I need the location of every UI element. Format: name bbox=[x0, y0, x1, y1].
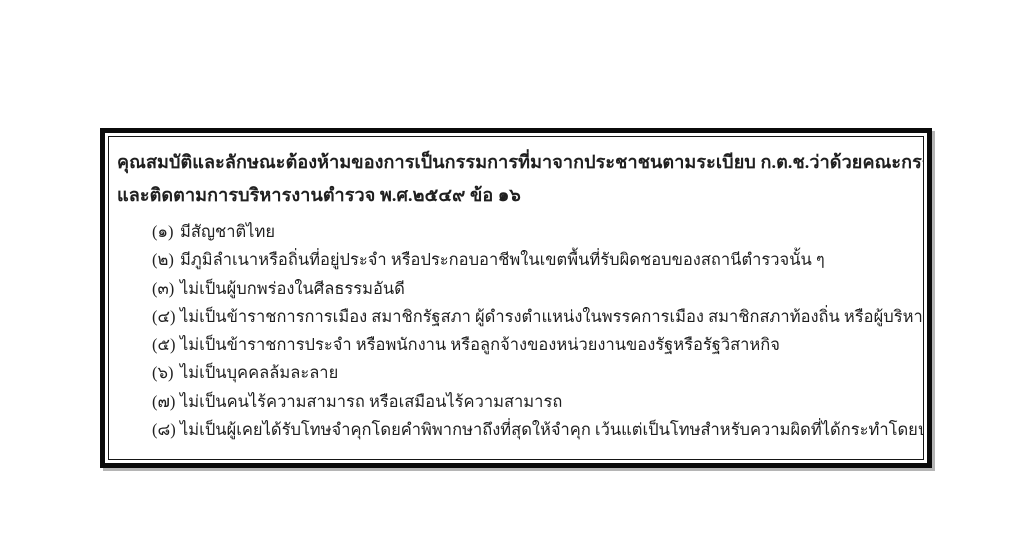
item-number: (๗) bbox=[152, 388, 180, 416]
content-box-border: คุณสมบัติและลักษณะต้องห้ามของการเป็นกรรม… bbox=[100, 128, 932, 468]
document-page: คุณสมบัติและลักษณะต้องห้ามของการเป็นกรรม… bbox=[0, 0, 1024, 550]
list-item: (๖) ไม่เป็นบุคคลล้มละลาย bbox=[117, 359, 915, 387]
content-box: คุณสมบัติและลักษณะต้องห้ามของการเป็นกรรม… bbox=[108, 136, 924, 460]
list-item: (๕) ไม่เป็นข้าราชการประจำ หรือพนักงาน หร… bbox=[117, 331, 915, 359]
list-item: (๒) มีภูมิลำเนาหรือถิ่นที่อยู่ประจำ หรือ… bbox=[117, 246, 915, 274]
item-text: ไม่เป็นผู้บกพร่องในศีลธรรมอันดี bbox=[180, 275, 405, 303]
item-text: ไม่เป็นผู้เคยได้รับโทษจำคุกโดยคำพิพากษาถ… bbox=[180, 416, 924, 444]
item-number: (๔) bbox=[152, 303, 180, 331]
item-text: ไม่เป็นบุคคลล้มละลาย bbox=[180, 359, 338, 387]
heading-line-2: และติดตามการบริหารงานตำรวจ พ.ศ.๒๕๔๙ ข้อ … bbox=[117, 179, 915, 212]
heading-line-1: คุณสมบัติและลักษณะต้องห้ามของการเป็นกรรม… bbox=[117, 146, 915, 179]
item-text: ไม่เป็นข้าราชการการเมือง สมาชิกรัฐสภา ผู… bbox=[180, 303, 924, 331]
item-number: (๘) bbox=[152, 416, 180, 444]
list-item: (๘) ไม่เป็นผู้เคยได้รับโทษจำคุกโดยคำพิพา… bbox=[117, 416, 915, 444]
item-text: ไม่เป็นคนไร้ความสามารถ หรือเสมือนไร้ความ… bbox=[180, 388, 562, 416]
item-text: มีภูมิลำเนาหรือถิ่นที่อยู่ประจำ หรือประก… bbox=[180, 246, 825, 274]
item-number: (๒) bbox=[152, 246, 180, 274]
list-item: (๓) ไม่เป็นผู้บกพร่องในศีลธรรมอันดี bbox=[117, 275, 915, 303]
item-number: (๖) bbox=[152, 359, 180, 387]
list-item: (๔) ไม่เป็นข้าราชการการเมือง สมาชิกรัฐสภ… bbox=[117, 303, 915, 331]
list-item: (๑) มีสัญชาติไทย bbox=[117, 218, 915, 246]
item-number: (๕) bbox=[152, 331, 180, 359]
item-number: (๑) bbox=[152, 218, 180, 246]
item-number: (๓) bbox=[152, 275, 180, 303]
item-text: ไม่เป็นข้าราชการประจำ หรือพนักงาน หรือลู… bbox=[180, 331, 780, 359]
qualification-list: (๑) มีสัญชาติไทย (๒) มีภูมิลำเนาหรือถิ่น… bbox=[117, 218, 915, 444]
document-heading: คุณสมบัติและลักษณะต้องห้ามของการเป็นกรรม… bbox=[117, 146, 915, 212]
item-text: มีสัญชาติไทย bbox=[180, 218, 275, 246]
list-item: (๗) ไม่เป็นคนไร้ความสามารถ หรือเสมือนไร้… bbox=[117, 388, 915, 416]
